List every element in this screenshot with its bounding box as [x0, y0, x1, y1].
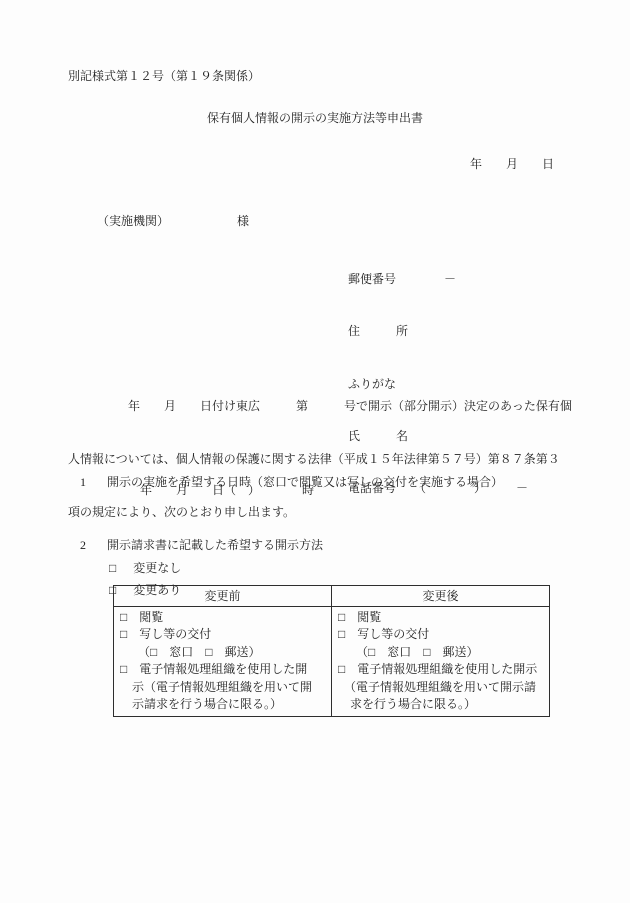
table-header-after: 変更後: [332, 586, 550, 607]
document-title: 保有個人情報の開示の実施方法等申出書: [0, 109, 630, 126]
methods-table: 変更前 変更後 □ 閲覧 □ 写し等の交付 （□ 窓口 □ 郵送） □ 電子情報…: [113, 585, 550, 717]
document-page: 別記様式第１２号（第１９条関係） 保有個人情報の開示の実施方法等申出書 年 月 …: [0, 0, 630, 903]
before-option-copy: □ 写し等の交付: [120, 626, 329, 643]
before-option-electronic-1: □ 電子情報処理組織を使用した開: [120, 661, 329, 678]
after-option-electronic-1: □ 電子情報処理組織を使用した開示: [338, 661, 547, 678]
postal-code-line: 郵便番号 －: [348, 268, 528, 290]
before-option-electronic-2: 示（電子情報処理組織を用いて開: [120, 679, 329, 696]
after-option-view: □ 閲覧: [338, 609, 547, 626]
section1-datetime-line: 年 月 日（ ） 時: [68, 481, 314, 498]
after-option-copy-sub: （□ 窓口 □ 郵送）: [338, 644, 547, 661]
body-line-1: 年 月 日付け東広 第 号で開示（部分開示）決定のあった保有個: [68, 395, 572, 418]
before-option-electronic-3: 示請求を行う場合に限る。）: [120, 696, 329, 713]
table-body-row: □ 閲覧 □ 写し等の交付 （□ 窓口 □ 郵送） □ 電子情報処理組織を使用し…: [114, 607, 550, 717]
address-line: 住 所: [348, 320, 528, 342]
after-option-copy: □ 写し等の交付: [338, 626, 547, 643]
recipient-label: （実施機関）: [97, 214, 169, 228]
table-header-before: 変更前: [114, 586, 332, 607]
recipient-line: （実施機関）様: [85, 197, 249, 244]
date-line: 年 月 日: [470, 155, 554, 172]
after-option-electronic-2: （電子情報処理組織を用いて開示請: [338, 679, 547, 696]
before-cell: □ 閲覧 □ 写し等の交付 （□ 窓口 □ 郵送） □ 電子情報処理組織を使用し…: [114, 607, 332, 717]
before-option-view: □ 閲覧: [120, 609, 329, 626]
table-header-row: 変更前 変更後: [114, 586, 550, 607]
after-option-electronic-3: 求を行う場合に限る。）: [338, 696, 547, 713]
after-cell: □ 閲覧 □ 写し等の交付 （□ 窓口 □ 郵送） □ 電子情報処理組織を使用し…: [332, 607, 550, 717]
before-option-copy-sub: （□ 窓口 □ 郵送）: [120, 644, 329, 661]
recipient-honorific: 様: [237, 214, 249, 228]
form-number: 別記様式第１２号（第１９条関係）: [68, 67, 260, 84]
